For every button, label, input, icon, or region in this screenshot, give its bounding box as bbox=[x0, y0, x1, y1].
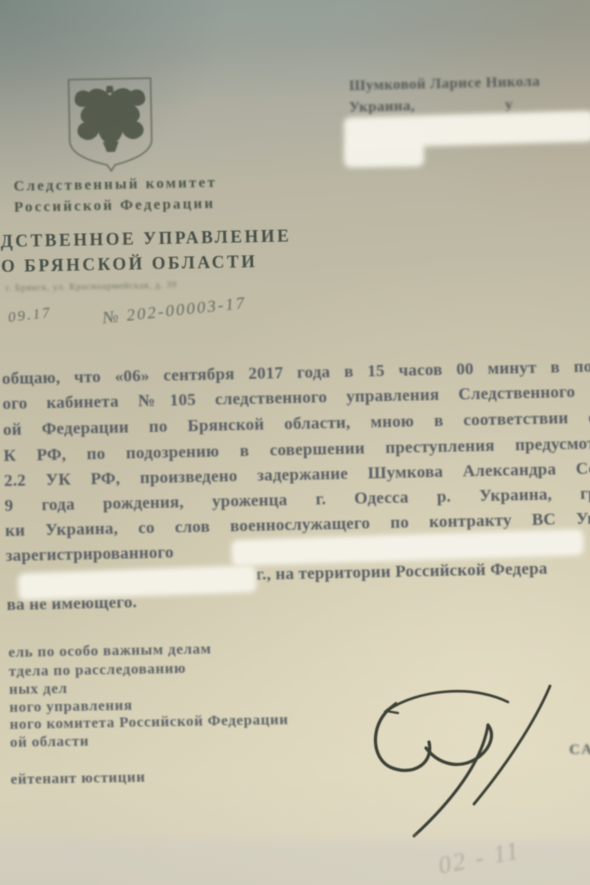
signer-title-line: ой области bbox=[10, 734, 89, 752]
addressee-name: Шумковой Ларисе Никола bbox=[349, 74, 540, 95]
letterhead-address: г. Брянск, ул. Красноармейская, д. 39 bbox=[5, 281, 177, 294]
signer-rank-line: ейтенант юстиции bbox=[10, 770, 145, 789]
handwritten-reference-number: № 202-00003-17 bbox=[101, 293, 247, 328]
signature-icon bbox=[358, 668, 588, 843]
department-line2: О БРЯНСКОЙ ОБЛАСТИ bbox=[1, 251, 258, 277]
coat-of-arms-icon bbox=[61, 71, 159, 173]
signer-title-line: ных дел bbox=[9, 681, 68, 699]
addressee-stray-letter: у bbox=[505, 97, 513, 114]
signer-title-line: ель по особо важным делам bbox=[8, 641, 211, 662]
signer-title-line: ного управления bbox=[9, 698, 132, 717]
department-line1: ДСТВЕННОЕ УПРАВЛЕНИЕ bbox=[0, 225, 291, 252]
handwritten-date: 09.17 bbox=[7, 305, 53, 327]
document-photo: Следственный комитет Российской Федераци… bbox=[0, 0, 590, 885]
addressee-country: Украина, bbox=[349, 98, 415, 116]
signer-title-line: тдела по расследованию bbox=[9, 661, 187, 681]
org-name-line2: Российской Федерации bbox=[14, 196, 216, 217]
photo-bottom-band bbox=[0, 832, 590, 885]
signer-title-line: ного комитета Российской Федерации bbox=[10, 712, 289, 734]
org-name-line1: Следственный комитет bbox=[13, 175, 217, 196]
redaction-whiteout bbox=[344, 140, 424, 167]
